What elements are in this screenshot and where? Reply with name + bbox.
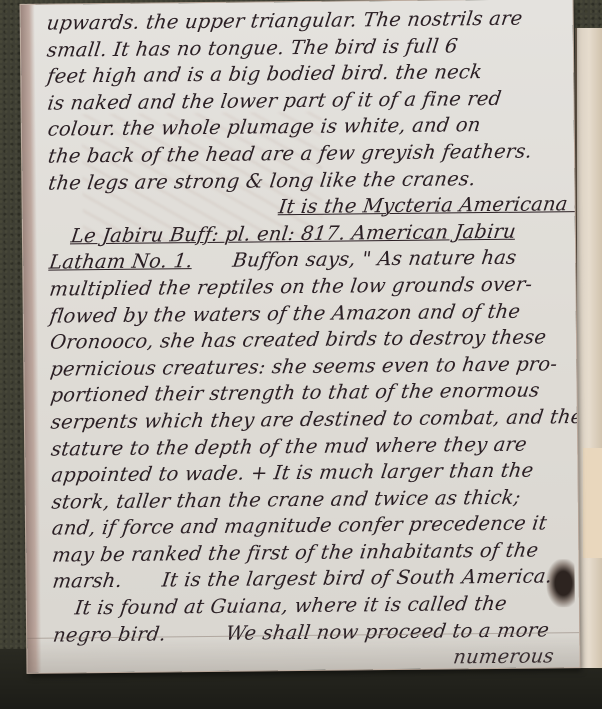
text-fragment: It is the largest bird of South America. xyxy=(161,565,554,592)
manuscript-page: upwards. the upper triangular. The nostr… xyxy=(21,0,580,673)
species-reference: It is the Mycteria Americana of Linn xyxy=(277,192,579,219)
latham-reference: Latham No. 1. xyxy=(48,249,194,274)
buffon-reference: Le Jabiru Buff: pl. enl: 817. American J… xyxy=(70,219,518,247)
handwritten-text: upwards. the upper triangular. The nostr… xyxy=(47,5,574,673)
quote-start: Buffon says, " As nature has xyxy=(231,246,518,272)
text-fragment: We shall now proceed to a more xyxy=(224,618,550,644)
text-line: negro bird.We shall now proceed to a mor… xyxy=(51,617,574,649)
text-fragment: marsh. xyxy=(51,569,123,593)
adjacent-page-edge xyxy=(575,28,602,668)
paper-tab xyxy=(583,448,602,558)
text-fragment: negro bird. xyxy=(52,622,168,646)
